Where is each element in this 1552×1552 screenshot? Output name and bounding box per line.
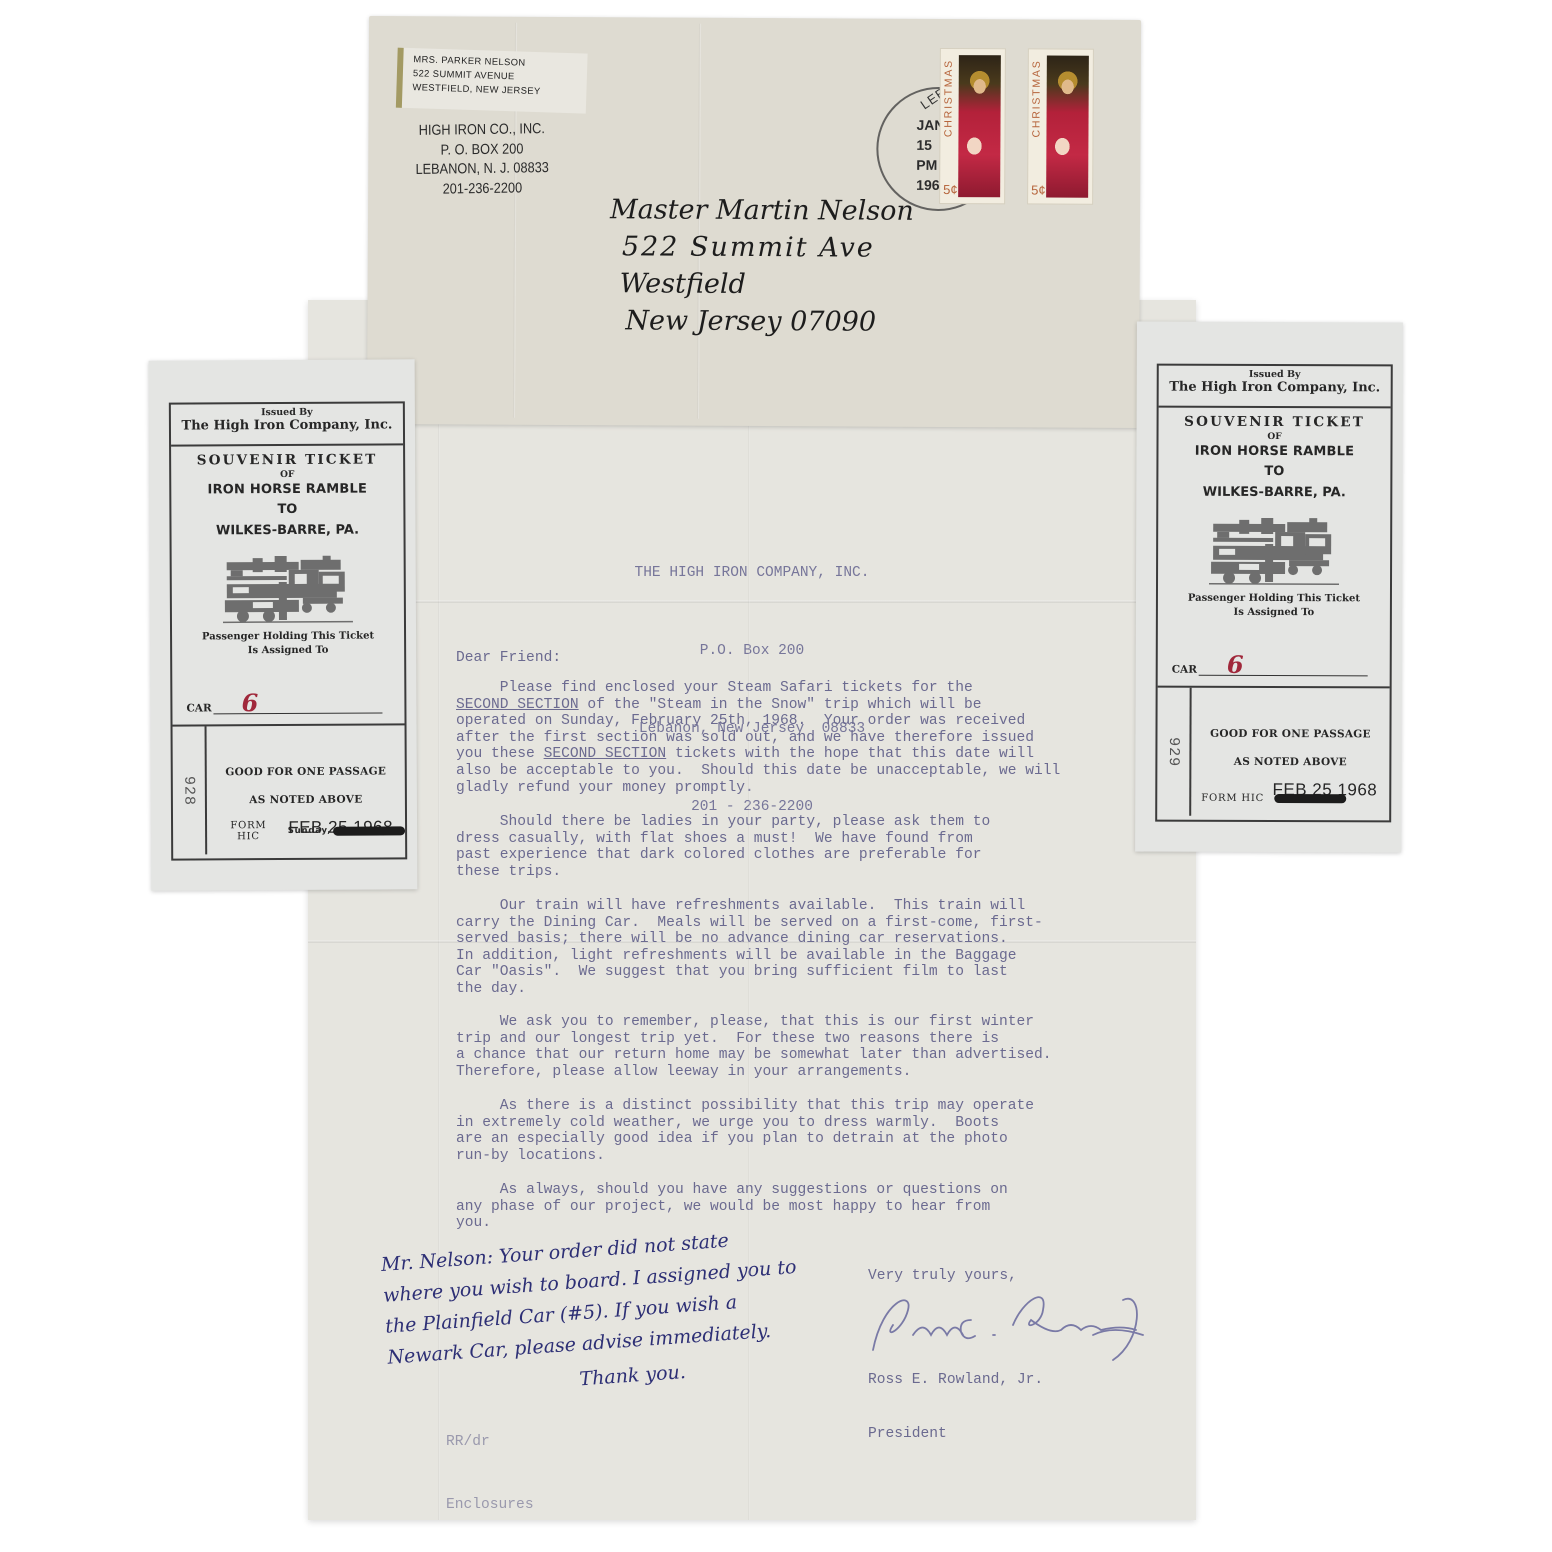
ticket-of: OF: [1158, 430, 1390, 445]
event-name: IRON HORSE RAMBLE: [1158, 444, 1390, 460]
issuing-company: The High Iron Company, Inc.: [171, 417, 403, 433]
ticket-issuer: Issued By The High Iron Company, Inc.: [1159, 366, 1391, 409]
form-code: FORM HIC: [1201, 793, 1346, 805]
good-for-line: GOOD FOR ONE PASSAGE: [1191, 688, 1389, 741]
souvenir-ticket-left: Issued By The High Iron Company, Inc. SO…: [149, 359, 418, 890]
assigned-line-2: Is Assigned To: [172, 643, 404, 658]
passage-details: GOOD FOR ONE PASSAGE AS NOTED ABOVE FEB …: [1191, 688, 1389, 817]
return-stamp-line: LEBANON, N. J. 08833: [403, 159, 562, 181]
madonna-and-child-stamp-icon: CHRISTMAS 5¢: [1028, 49, 1093, 203]
signer-title: President: [868, 1425, 1043, 1443]
assigned-line-1: Passenger Holding This Ticket: [1158, 592, 1390, 607]
paragraph-2: Should there be ladies in your party, pl…: [456, 814, 1146, 880]
recipient-street: 522 Summit Ave: [568, 228, 988, 267]
ticket-title: SOUVENIR TICKET: [1159, 408, 1391, 431]
signer-block: Ross E. Rowland, Jr. President: [868, 1335, 1043, 1479]
salutation: Dear Friend:: [456, 650, 561, 667]
souvenir-ticket-right: Issued By The High Iron Company, Inc. SO…: [1135, 322, 1403, 853]
car-number: 6: [1227, 653, 1244, 677]
stamp-label: CHRISTMAS: [942, 59, 954, 137]
stamp-artwork: [1046, 56, 1089, 198]
ticket-stub: 928 GOOD FOR ONE PASSAGE AS NOTED ABOVE …: [173, 725, 406, 854]
recipient-address: Master Martin Nelson 522 Summit Ave West…: [567, 191, 988, 341]
return-stamp-line: HIGH IRON CO., INC.: [403, 120, 562, 142]
good-for-line: GOOD FOR ONE PASSAGE: [207, 725, 405, 778]
car-label: CAR: [186, 702, 211, 714]
noted-above-line: AS NOTED ABOVE: [1191, 740, 1389, 769]
issued-by: Issued By: [1159, 369, 1391, 381]
paragraph-1: Please find enclosed your Steam Safari t…: [456, 680, 1146, 796]
ticket-to: TO: [171, 496, 403, 523]
form-label: FORM HIC: [217, 820, 280, 842]
letter: THE HIGH IRON COMPANY, INC. P.O. Box 200…: [308, 300, 1196, 1520]
day-label: Sunday,: [288, 826, 332, 836]
paragraph-3: Our train will have refreshments availab…: [456, 898, 1146, 998]
ticket-frame: Issued By The High Iron Company, Inc. SO…: [169, 401, 407, 860]
redaction-mark: [333, 826, 405, 835]
recipient-state-zip: New Jersey 07090: [567, 302, 987, 341]
underlined-text: SECOND SECTION: [544, 746, 667, 762]
recipient-name: Master Martin Nelson: [568, 191, 988, 230]
underlined-text: SECOND SECTION: [456, 697, 579, 713]
serial-number: 929: [1165, 737, 1182, 767]
recipient-city: Westfield: [568, 265, 988, 304]
serial-number-box: 928: [173, 726, 208, 854]
company-return-stamp: HIGH IRON CO., INC. P. O. BOX 200 LEBANO…: [403, 120, 562, 200]
form-code: FORM HIC Sunday,: [217, 819, 405, 842]
ticket-of: OF: [171, 467, 403, 482]
envelope: MRS. PARKER NELSON 522 SUMMIT AVENUE WES…: [367, 16, 1141, 428]
ticket-stub: 929 GOOD FOR ONE PASSAGE AS NOTED ABOVE …: [1157, 688, 1389, 817]
return-address-label: MRS. PARKER NELSON 522 SUMMIT AVENUE WES…: [396, 48, 588, 114]
assigned-line-2: Is Assigned To: [1158, 606, 1390, 621]
car-label: CAR: [1172, 664, 1197, 676]
stamp-label: CHRISTMAS: [1030, 59, 1042, 137]
return-stamp-line: 201-236-2200: [403, 178, 562, 200]
typist-initials: RR/dr: [446, 1432, 534, 1453]
enclosures-note: Enclosures: [446, 1495, 534, 1516]
ticket-body: SOUVENIR TICKET OF IRON HORSE RAMBLE TO …: [1158, 408, 1391, 689]
madonna-and-child-stamp-icon: CHRISTMAS 5¢: [940, 49, 1005, 203]
noted-above-line: AS NOTED ABOVE: [207, 777, 405, 806]
car-number: 6: [242, 691, 259, 715]
initials-block: RR/dr Enclosures: [446, 1390, 534, 1552]
passage-details: GOOD FOR ONE PASSAGE AS NOTED ABOVE FEB …: [207, 725, 406, 854]
ticket-title: SOUVENIR TICKET: [171, 445, 403, 468]
ticket-body: SOUVENIR TICKET OF IRON HORSE RAMBLE TO …: [171, 445, 404, 726]
ticket-frame: Issued By The High Iron Company, Inc. SO…: [1155, 364, 1393, 823]
destination: WILKES-BARRE, PA.: [1158, 485, 1390, 501]
assigned-line-1: Passenger Holding This Ticket: [172, 629, 404, 644]
serial-number: 928: [180, 775, 197, 805]
ticket-issuer: Issued By The High Iron Company, Inc.: [171, 403, 403, 446]
serial-number-box: 929: [1157, 688, 1191, 816]
handwritten-note: Mr. Nelson: Your order did not state whe…: [380, 1216, 880, 1409]
form-label: FORM HIC: [1201, 793, 1264, 804]
signer-name: Ross E. Rowland, Jr.: [868, 1371, 1043, 1389]
car-line: 6: [1199, 662, 1368, 677]
redaction-mark: [1274, 794, 1346, 803]
paragraph-text: Please find enclosed your Steam Safari t…: [456, 680, 973, 696]
ticket-to: TO: [1158, 459, 1390, 486]
car-line: 6: [214, 699, 383, 714]
paragraph-4: We ask you to remember, please, that thi…: [456, 1014, 1146, 1080]
steam-locomotive-icon: [223, 554, 353, 627]
car-assignment: CAR 6: [1172, 662, 1368, 677]
issuing-company: The High Iron Company, Inc.: [1159, 380, 1391, 396]
destination: WILKES-BARRE, PA.: [171, 522, 403, 538]
steam-locomotive-icon: [1209, 516, 1339, 588]
letterhead-box: P.O. Box 200: [308, 638, 1196, 664]
car-assignment: CAR 6: [186, 699, 382, 714]
stamp-value: 5¢: [1031, 182, 1046, 197]
return-stamp-line: P. O. BOX 200: [403, 139, 562, 161]
paragraph-5: As there is a distinct possibility that …: [456, 1098, 1146, 1164]
letterhead-company: THE HIGH IRON COMPANY, INC.: [308, 560, 1196, 586]
stamp-artwork: [958, 55, 1001, 197]
event-name: IRON HORSE RAMBLE: [171, 481, 403, 497]
